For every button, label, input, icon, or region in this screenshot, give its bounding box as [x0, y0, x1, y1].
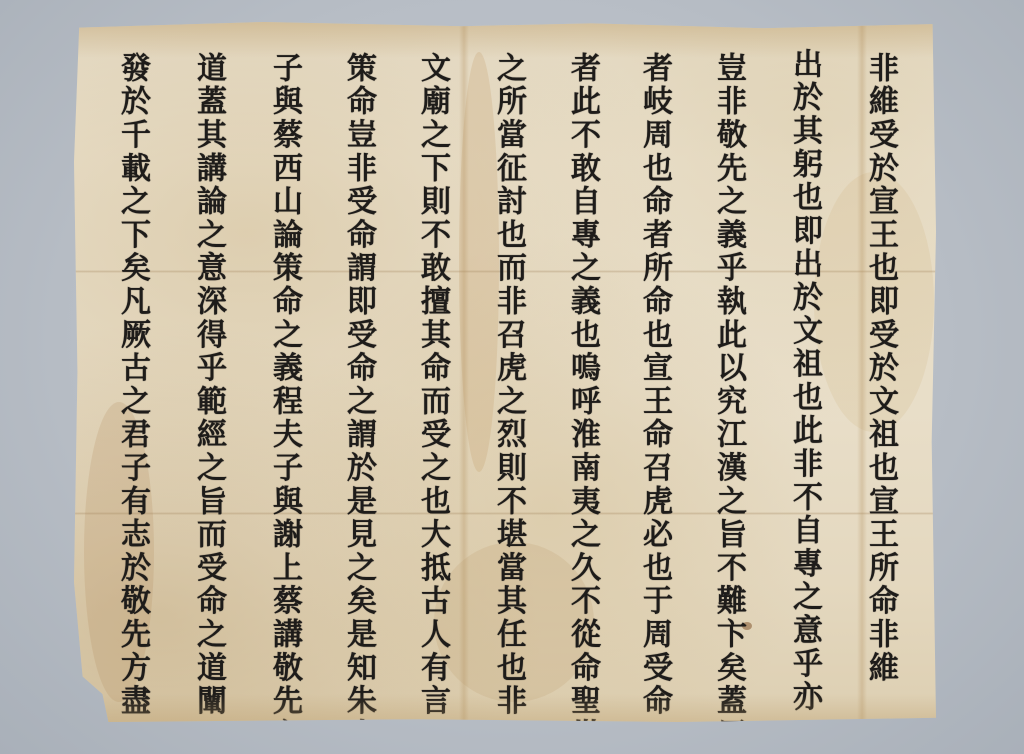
text-column-2: 出於其躬也即出於文祖也此非不自專之意乎亦 — [780, 48, 828, 714]
text-column-7: 文廟之下則不敢擅其命而受之也大抵古人有言曰 — [408, 52, 456, 751]
text-column-9: 子與蔡西山論策命之義程夫子與謝上蔡講敬先之 — [260, 52, 308, 751]
text-column-6: 之所當征討也而非召虎之烈則不堪當其任也非 — [484, 52, 532, 718]
text-column-10: 道蓋其講論之意深得乎範經之旨而受命之道闡 — [184, 52, 232, 718]
text-column-5: 者此不敢自專之義也嗚呼淮南夷之久不從命聖世 — [558, 52, 606, 751]
text-column-3: 豈非敬先之義乎執此以究江漢之旨不難卞矣蓋周 — [704, 52, 752, 751]
text-column-11: 發於千載之下矣凡厥古之君子有志於敬先方盡 — [108, 52, 156, 718]
text-column-1: 非維受於宣王也即受於文祖也宣王所命非維 — [856, 52, 904, 685]
text-column-4: 者岐周也命者所命也宣王命召虎必也于周受命 — [630, 52, 678, 718]
text-column-8: 策命豈非受命謂即受命之謂於是見之矣是知朱夫 — [334, 52, 382, 751]
manuscript-sheet: 非維受於宣王也即受於文祖也宣王所命非維 出於其躬也即出於文祖也此非不自專之意乎亦… — [74, 22, 936, 722]
text-columns: 非維受於宣王也即受於文祖也宣王所命非維 出於其躬也即出於文祖也此非不自專之意乎亦… — [74, 22, 936, 722]
